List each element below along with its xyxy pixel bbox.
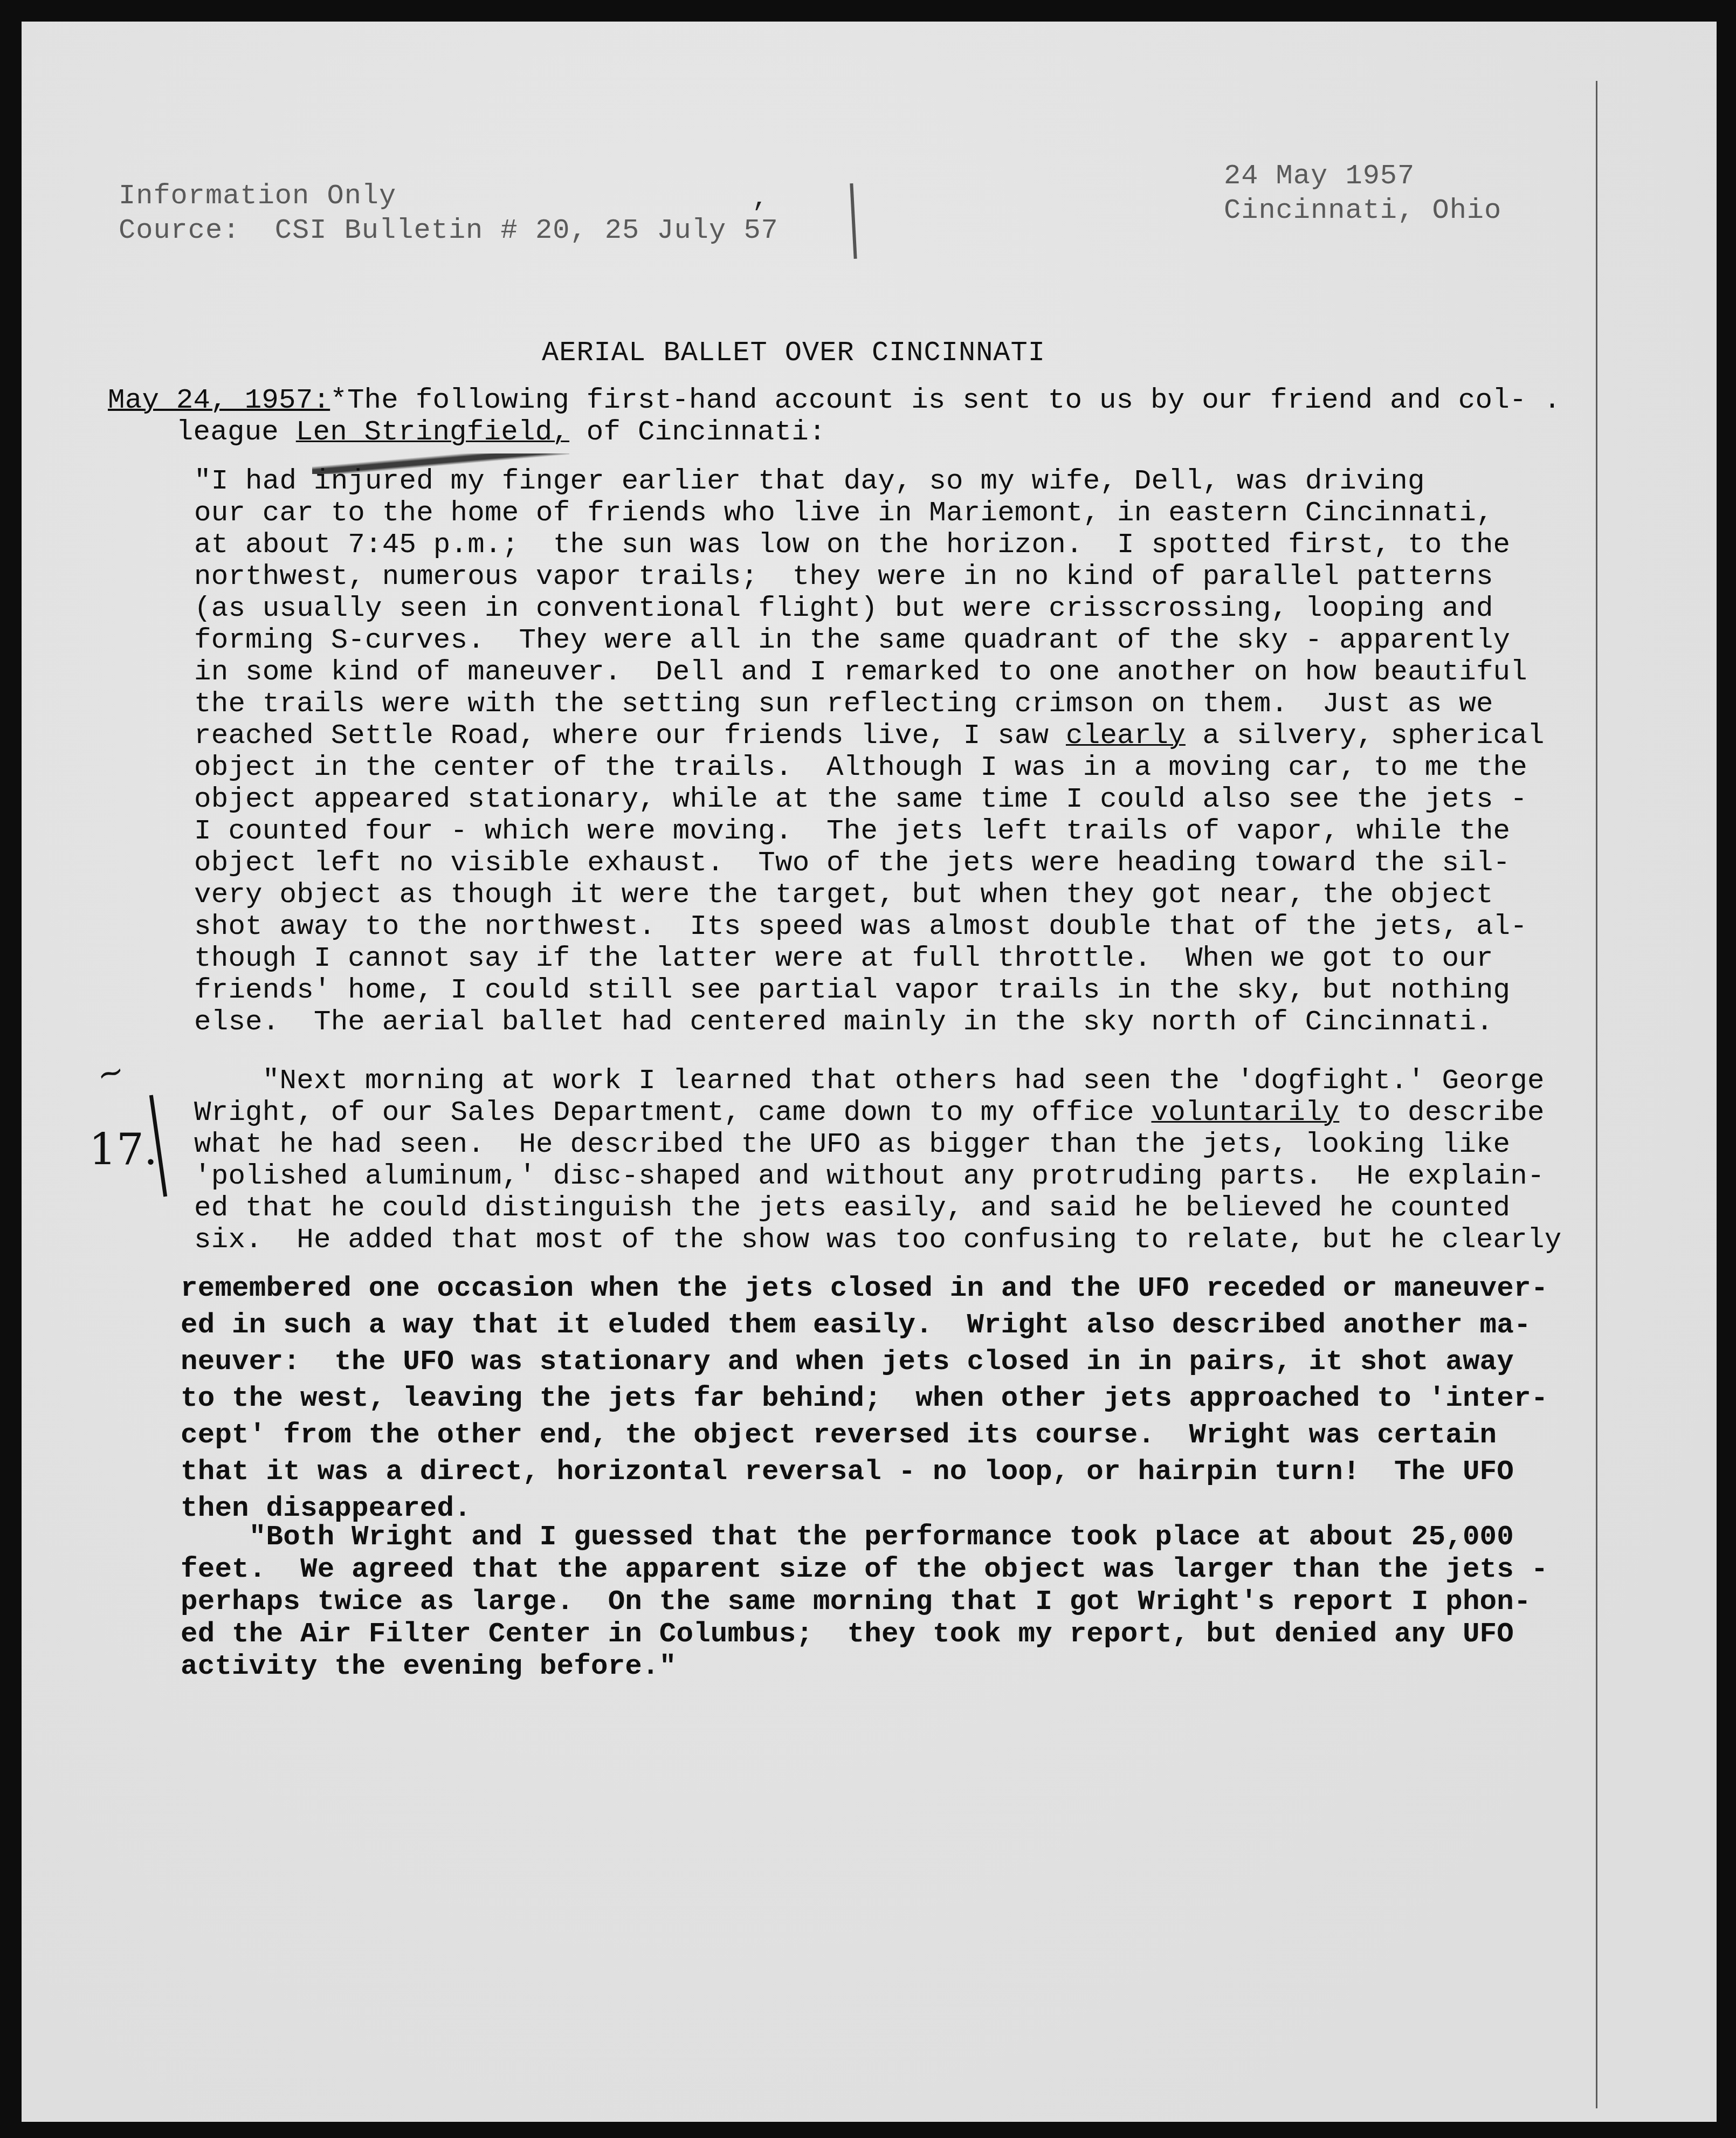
text-line: else. The aerial ballet had centered mai… — [194, 1006, 1493, 1038]
text-line: neuver: the UFO was stationary and when … — [181, 1345, 1514, 1378]
header-source-block: Information Only Cource: CSI Bulletin # … — [119, 179, 779, 248]
text-line: in some kind of maneuver. Dell and I rem… — [194, 656, 1527, 688]
intro-line-1: The following first-hand account is sent… — [347, 384, 1561, 416]
text-line: perhaps twice as large. On the same morn… — [181, 1585, 1531, 1618]
text-line: object in the center of the trails. Alth… — [194, 751, 1527, 783]
header-date-block: 24 May 1957 Cincinnati, Ohio — [1224, 159, 1501, 228]
info-only-label: Information Only — [119, 180, 396, 212]
text-line: I counted four - which were moving. The … — [194, 815, 1510, 847]
text-line: ed that he could distinguish the jets ea… — [194, 1192, 1510, 1224]
text-line: cept' from the other end, the object rev… — [181, 1419, 1497, 1451]
scan-border-left — [0, 0, 22, 2138]
text-line: that it was a direct, horizontal reversa… — [181, 1455, 1514, 1488]
pen-stroke-mark — [850, 183, 857, 259]
text-line: northwest, numerous vapor trails; they w… — [194, 560, 1493, 593]
text-line: to describe — [1339, 1096, 1544, 1129]
intro-line-2-pre: league — [108, 416, 296, 448]
text-line: "Next morning at work I learned that oth… — [194, 1064, 1545, 1097]
source-label: Cource: CSI Bulletin # 20, 25 July 57 — [119, 215, 779, 246]
asterisk-mark: * — [330, 384, 347, 416]
intro-date: May 24, 1957: — [108, 384, 330, 416]
underlined-word-clearly: clearly — [1066, 719, 1186, 752]
text-line: "Both Wright and I guessed that the perf… — [181, 1521, 1514, 1553]
document-page: Information Only Cource: CSI Bulletin # … — [22, 22, 1717, 2122]
margin-rule — [1596, 81, 1597, 2108]
scan-border-top — [0, 0, 1736, 22]
handwritten-margin-note: ~ — [93, 1051, 129, 1095]
text-line: shot away to the northwest. Its speed wa… — [194, 910, 1527, 943]
text-line: feet. We agreed that the apparent size o… — [181, 1553, 1548, 1585]
scan-border-bottom — [0, 2122, 1736, 2138]
document-title: AERIAL BALLET OVER CINCINNATI — [542, 337, 1045, 369]
text-line: reached Settle Road, where our friends l… — [194, 719, 1066, 752]
text-line: ed the Air Filter Center in Columbus; th… — [181, 1618, 1514, 1650]
header-date: 24 May 1957 — [1224, 160, 1415, 192]
text-line: to the west, leaving the jets far behind… — [181, 1382, 1548, 1414]
text-line: friends' home, I could still see partial… — [194, 974, 1510, 1006]
text-line: 'polished aluminum,' disc-shaped and wit… — [194, 1160, 1545, 1192]
text-line: very object as though it were the target… — [194, 878, 1493, 911]
text-line: the trails were with the setting sun ref… — [194, 688, 1493, 720]
header-location: Cincinnati, Ohio — [1224, 195, 1501, 226]
text-line: Wright, of our Sales Department, came do… — [194, 1096, 1152, 1129]
text-line: six. He added that most of the show was … — [194, 1223, 1561, 1256]
paragraph-4: "Both Wright and I guessed that the perf… — [181, 1521, 1548, 1682]
text-line: ed in such a way that it eluded them eas… — [181, 1309, 1531, 1341]
intro-line-2-post: of Cincinnati: — [569, 416, 826, 448]
text-line: object left no visible exhaust. Two of t… — [194, 847, 1510, 879]
text-line: our car to the home of friends who live … — [194, 497, 1493, 529]
stray-mark: , — [752, 183, 768, 214]
text-line: activity the evening before." — [181, 1650, 676, 1682]
text-line: remembered one occasion when the jets cl… — [181, 1272, 1548, 1304]
redacted-name: Len Stringfield, — [296, 416, 569, 448]
scan-border-right — [1717, 0, 1736, 2138]
text-line: forming S-curves. They were all in the s… — [194, 624, 1510, 656]
paragraph-3: remembered one occasion when the jets cl… — [181, 1270, 1548, 1527]
text-line: what he had seen. He described the UFO a… — [194, 1128, 1510, 1160]
underlined-word-voluntarily: voluntarily — [1152, 1096, 1340, 1129]
intro-paragraph: May 24, 1957:*The following first-hand a… — [108, 384, 1561, 448]
text-line: at about 7:45 p.m.; the sun was low on t… — [194, 528, 1510, 561]
text-line: "I had injured my finger earlier that da… — [194, 465, 1425, 497]
paragraph-1: "I had injured my finger earlier that da… — [194, 465, 1545, 1038]
text-line: a silvery, spherical — [1186, 719, 1545, 752]
paragraph-2: "Next morning at work I learned that oth… — [194, 1065, 1561, 1256]
text-line: object appeared stationary, while at the… — [194, 783, 1527, 815]
text-line: then disappeared. — [181, 1492, 471, 1524]
handwritten-margin-number: 17. — [89, 1124, 157, 1174]
text-line: (as usually seen in conventional flight)… — [194, 592, 1493, 624]
text-line: though I cannot say if the latter were a… — [194, 942, 1493, 974]
